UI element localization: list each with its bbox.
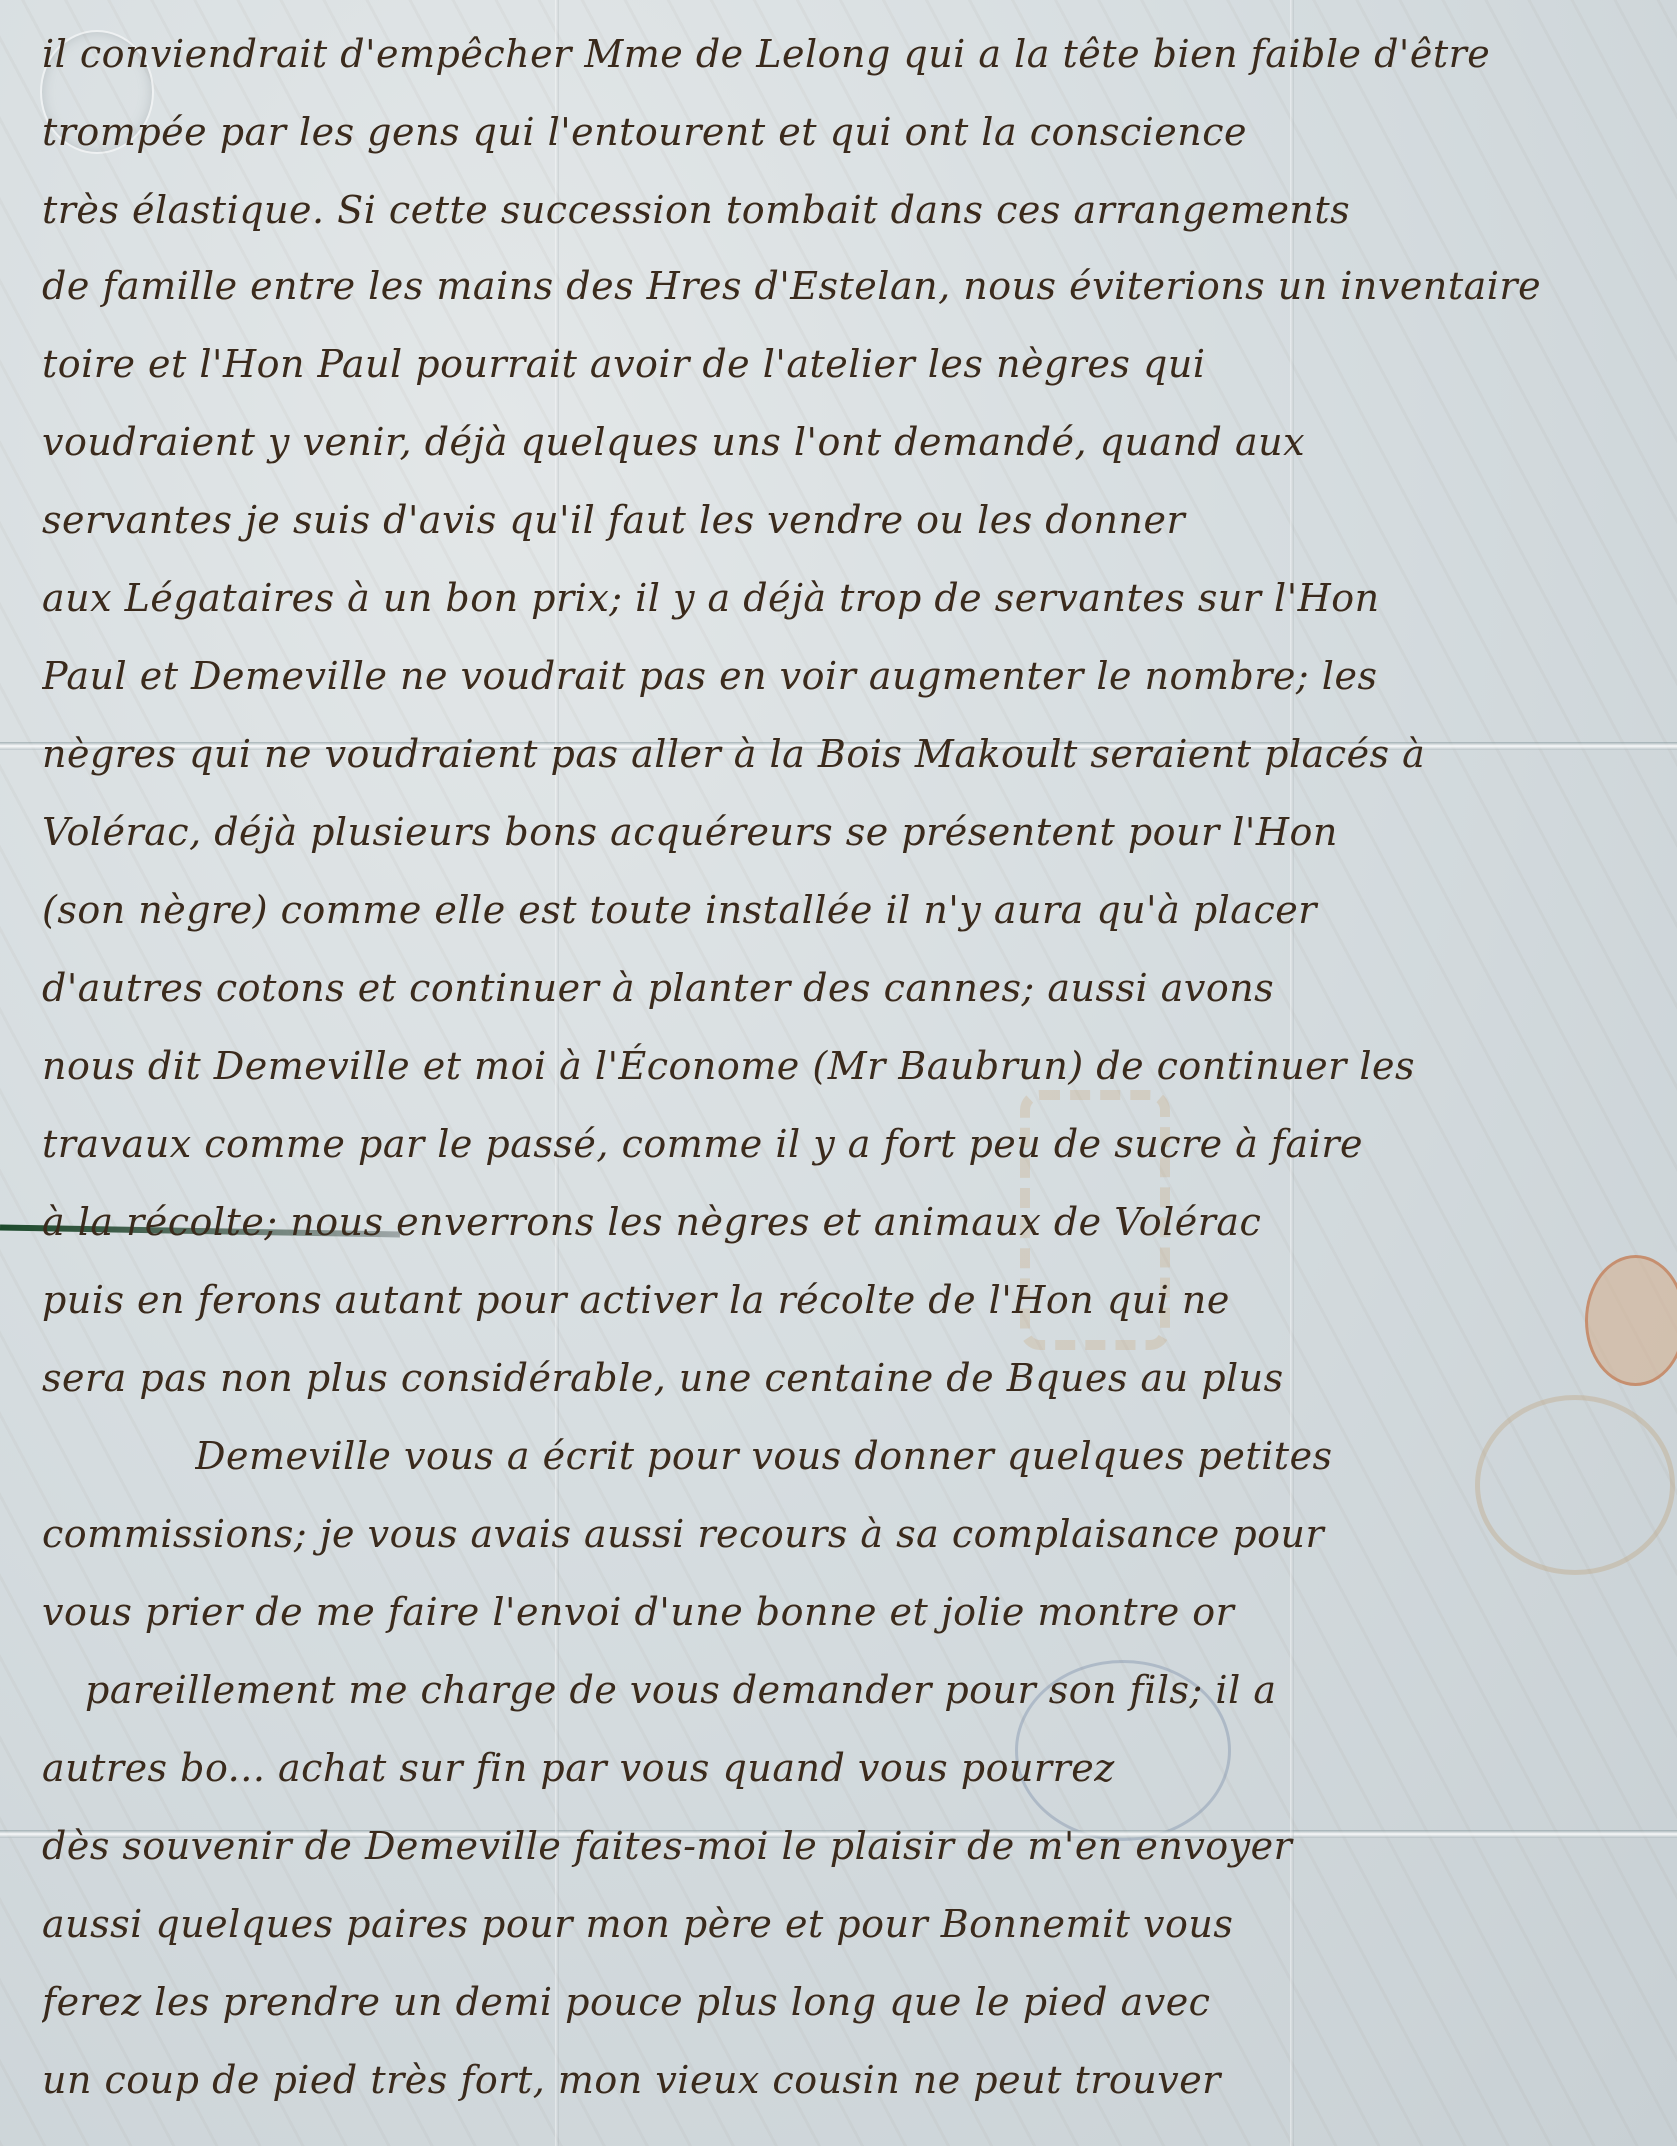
text-line: toire et l'Hon Paul pourrait avoir de l'… bbox=[42, 340, 1652, 388]
text-line: aux Légataires à un bon prix; il y a déj… bbox=[42, 574, 1652, 622]
text-line: servantes je suis d'avis qu'il faut les … bbox=[42, 496, 1652, 544]
text-line: très élastique. Si cette succession tomb… bbox=[42, 186, 1652, 234]
letter-sheet: il conviendrait d'empêcher Mme de Lelong… bbox=[0, 0, 1677, 2146]
text-line: dès souvenir de Demeville faites-moi le … bbox=[42, 1822, 1652, 1870]
text-line-paragraph-start: Demeville vous a écrit pour vous donner … bbox=[195, 1432, 1655, 1480]
text-line: un coup de pied très fort, mon vieux cou… bbox=[42, 2056, 1652, 2104]
text-line: voudraient y venir, déjà quelques uns l'… bbox=[42, 418, 1652, 466]
text-line: Paul et Demeville ne voudrait pas en voi… bbox=[42, 652, 1652, 700]
text-line: sera pas non plus considérable, une cent… bbox=[42, 1354, 1652, 1402]
text-line: nous dit Demeville et moi à l'Économe (M… bbox=[42, 1042, 1652, 1090]
text-line: pareillement me charge de vous demander … bbox=[85, 1666, 1655, 1714]
text-line: à la récolte; nous enverrons les nègres … bbox=[42, 1198, 1652, 1246]
text-line: (son nègre) comme elle est toute install… bbox=[42, 886, 1652, 934]
text-line: nègres qui ne voudraient pas aller à la … bbox=[42, 730, 1652, 778]
text-line: commissions; je vous avais aussi recours… bbox=[42, 1510, 1652, 1558]
text-line: il conviendrait d'empêcher Mme de Lelong… bbox=[42, 30, 1652, 78]
text-line: aussi quelques paires pour mon père et p… bbox=[42, 1900, 1652, 1948]
text-line: travaux comme par le passé, comme il y a… bbox=[42, 1120, 1652, 1168]
text-line: puis en ferons autant pour activer la ré… bbox=[42, 1276, 1652, 1324]
text-line: trompée par les gens qui l'entourent et … bbox=[42, 108, 1652, 156]
text-line: de famille entre les mains des Hres d'Es… bbox=[42, 262, 1652, 310]
text-line: vous prier de me faire l'envoi d'une bon… bbox=[42, 1588, 1652, 1636]
text-line: Volérac, déjà plusieurs bons acquéreurs … bbox=[42, 808, 1652, 856]
text-line: autres bo... achat sur fin par vous quan… bbox=[42, 1744, 1652, 1792]
text-line: d'autres cotons et continuer à planter d… bbox=[42, 964, 1652, 1012]
text-line: ferez les prendre un demi pouce plus lon… bbox=[42, 1978, 1652, 2026]
